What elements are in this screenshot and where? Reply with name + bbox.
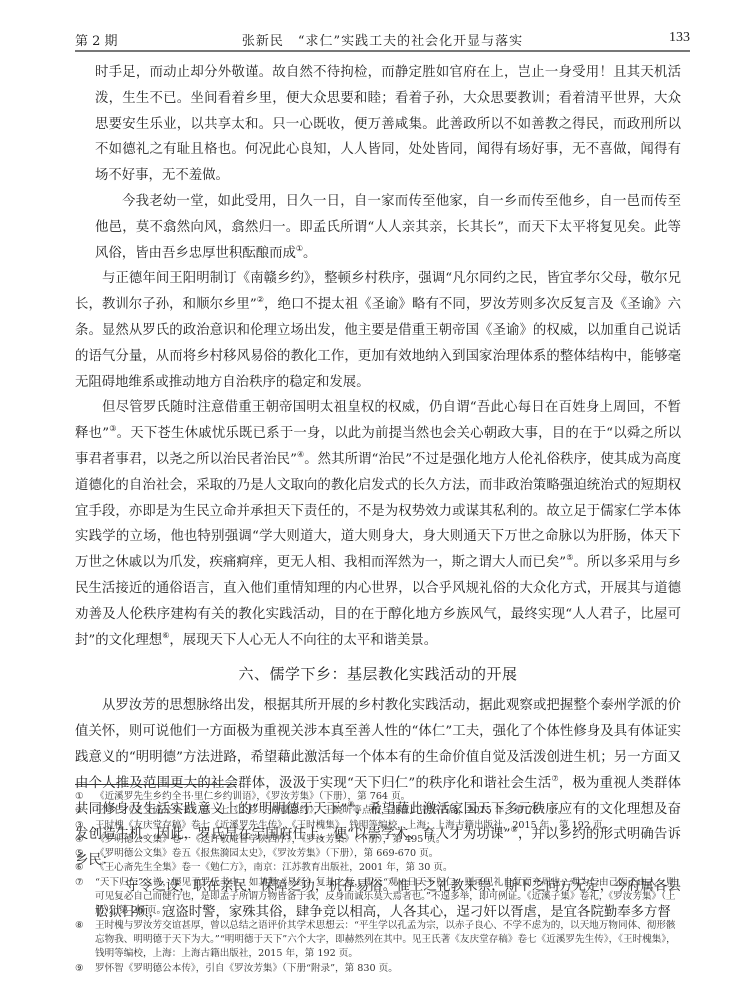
- footnote-3: ③王时槐《友庆堂存稿》卷七《近溪罗先生传》，《王时槐集》，钱明等编校，上海：上海…: [75, 819, 685, 833]
- footnote-number: ⑧: [75, 919, 84, 933]
- footnote-text: 《罗明德公文集》卷五《报焦漪园太史》，《罗汝芳集》（下册），第 669-670 …: [95, 848, 438, 859]
- footnote-text: 《王心斋先生全集》卷一《勉仁方》，南京：江苏教育出版社，2001 年，第 30 …: [95, 862, 453, 873]
- quote-paragraph: 时手足，而动止却分外敬谨。故自然不待拘检，而静定胜如官府在上，岂止一身受用！且其…: [95, 60, 681, 189]
- footnote-number: ①: [75, 790, 84, 804]
- footnote-ref-3[interactable]: ③: [109, 424, 117, 433]
- footnote-text: “天下归仁”之说，屡见于罗氏书中。如其释《易经》复卦之复，即云“观一日天下归仁，…: [95, 877, 676, 917]
- footnote-rule: [75, 784, 237, 785]
- footnote-1: ①《近溪罗先生乡约全书·里仁乡约训语》，《罗汝芳集》（下册），第 764 页。: [75, 790, 685, 804]
- block-quote-1: 时手足，而动止却分外敬谨。故自然不待拘检，而静定胜如官府在上，岂止一身受用！且其…: [95, 60, 681, 266]
- footnote-7: ⑦“天下归仁”之说，屡见于罗氏书中。如其释《易经》复卦之复，即云“观一日天下归仁…: [75, 876, 685, 919]
- footnote-9: ⑨罗怀智《罗明德公本传》，引自《罗汝芳集》（下册“附录”，第 830 页。: [75, 962, 685, 976]
- footnote-number: ⑤: [75, 847, 84, 861]
- footnote-text: 王守仁《王文成公全书》卷一七《公移二·南赣乡约》，王晓昕等点校，北京：中华书局，…: [95, 805, 567, 816]
- paragraph: 但尽管罗氏随时注意借重王朝帝国明太祖皇权的权威，仍自谓“吾此心每日在百姓身上周回…: [75, 395, 681, 653]
- footnote-ref-1[interactable]: ①: [296, 244, 303, 253]
- footnote-number: ③: [75, 819, 84, 833]
- paragraph-text: ，展现天下人心无人不向往的太平和谐美景。: [169, 633, 437, 648]
- page-number: 133: [669, 30, 690, 46]
- footnote-number: ④: [75, 833, 84, 847]
- footnote-ref-2[interactable]: ②: [257, 295, 264, 304]
- paragraph-text: 。然其所谓“治民”不过是强化地方人伦礼俗秩序，使其成为高度道德化的自治社会，采取…: [75, 452, 681, 570]
- footnote-text: 《近溪罗先生乡约全书·里仁乡约训语》，《罗汝芳集》（下册），第 764 页。: [95, 791, 410, 802]
- paragraph: 与正德年间王阳明制订《南赣乡约》，整顿乡村秩序，强调“凡尔同约之民，皆宜孝尔父母…: [75, 266, 681, 395]
- quote-paragraph: 今我老幼一堂，如此受用，日久一日，自一家而传至他家，自一乡而传至他乡，自一邑而传…: [95, 189, 681, 266]
- quote-text: 今我老幼一堂，如此受用，日久一日，自一家而传至他家，自一乡而传至他乡，自一邑而传…: [95, 194, 681, 261]
- footnote-text: 王时槐与罗汝芳交谊甚厚，曾以总结之语评价其学术思想云：“平生学以孔孟为宗，以赤子…: [95, 920, 676, 960]
- footnote-number: ②: [75, 804, 84, 818]
- footnote-5: ⑤《罗明德公文集》卷五《报焦漪园太史》，《罗汝芳集》（下册），第 669-670…: [75, 847, 685, 861]
- footnote-number: ⑦: [75, 876, 84, 890]
- running-title: 张新民 “求仁”实践工夫的社会化开显与落实: [75, 30, 690, 49]
- running-header: 第 2 期 张新民 “求仁”实践工夫的社会化开显与落实 133: [75, 28, 690, 48]
- footnote-8: ⑧王时槐与罗汝芳交谊甚厚，曾以总结之语评价其学术思想云：“平生学以孔孟为宗，以赤…: [75, 919, 685, 962]
- header-rule: [75, 50, 690, 52]
- footnote-text: 罗怀智《罗明德公本传》，引自《罗汝芳集》（下册“附录”，第 830 页。: [95, 963, 398, 974]
- footnote-4: ④《罗明德公文集》卷一《送许敬庵督学陕西序》，《罗汝芳集》（下册），第 495 …: [75, 833, 685, 847]
- footnotes: ①《近溪罗先生乡约全书·里仁乡约训语》，《罗汝芳集》（下册），第 764 页。 …: [75, 790, 685, 976]
- footnote-ref-7[interactable]: ⑦: [551, 774, 558, 783]
- footnote-2: ②王守仁《王文成公全书》卷一七《公移二·南赣乡约》，王晓昕等点校，北京：中华书局…: [75, 804, 685, 818]
- footnote-text: 王时槐《友庆堂存稿》卷七《近溪罗先生传》，《王时槐集》，钱明等编校，上海：上海古…: [95, 820, 612, 831]
- footnote-number: ⑨: [75, 962, 84, 976]
- footnote-text: 《罗明德公文集》卷一《送许敬庵督学陕西序》，《罗汝芳集》（下册），第 495 页…: [95, 834, 446, 845]
- footnote-number: ⑥: [75, 861, 84, 875]
- footnote-6: ⑥《王心斋先生全集》卷一《勉仁方》，南京：江苏教育出版社，2001 年，第 30…: [75, 861, 685, 875]
- section-heading: 六、儒学下乡：基层教化实践活动的开展: [75, 661, 681, 687]
- quote-text: 。: [303, 246, 316, 261]
